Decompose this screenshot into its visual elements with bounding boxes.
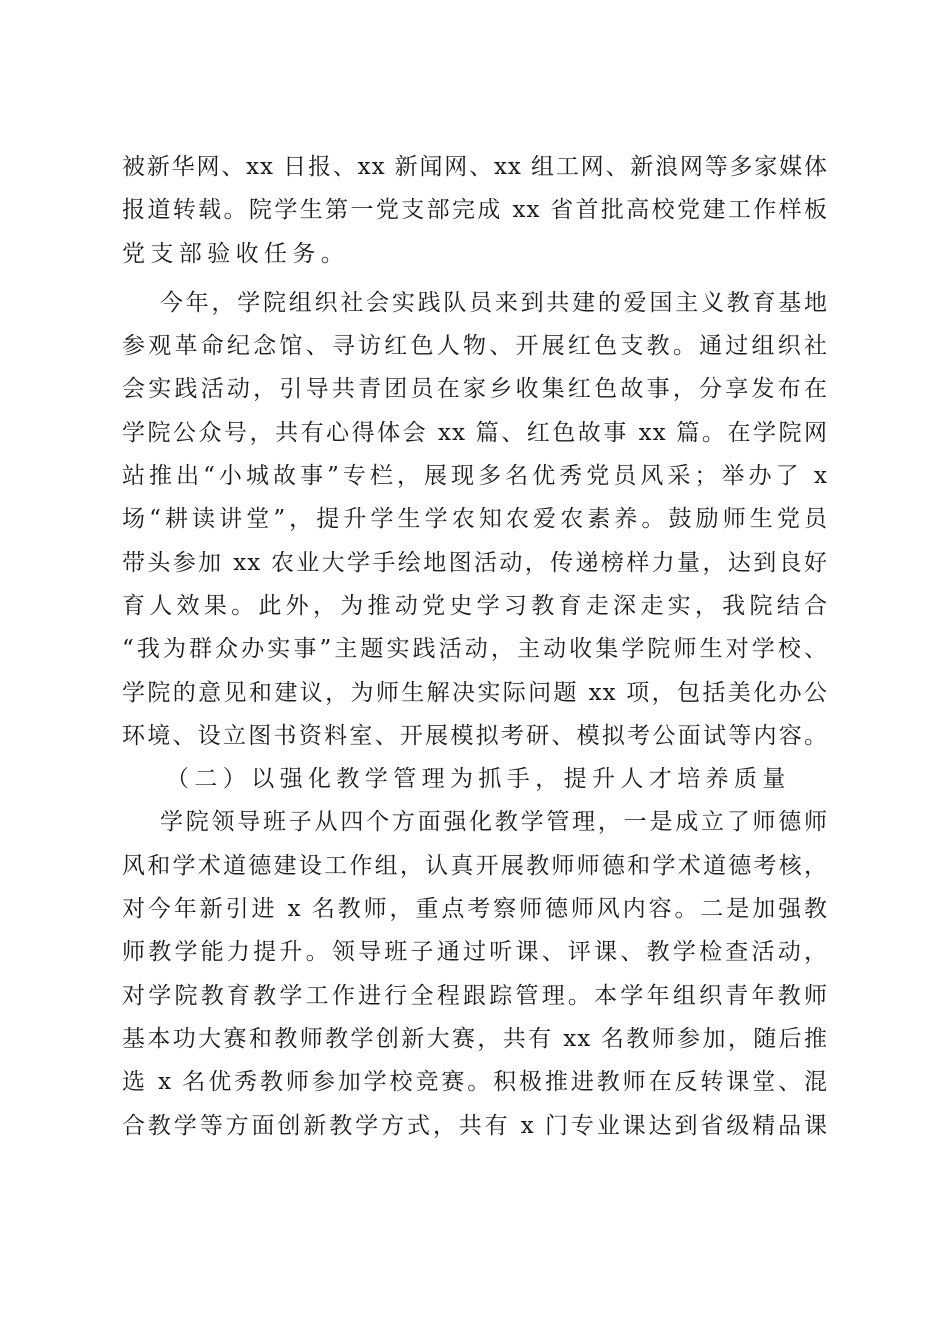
- text-line: 环境、设立图书资料室、开展模拟考研、模拟考公面试等内容。: [122, 715, 828, 758]
- text-line: 师教学能力提升。领导班子通过听课、评课、教学检查活动，: [122, 931, 828, 974]
- text-line: 合教学等方面创新教学方式，共有 x 门专业课达到省级精品课: [122, 1105, 828, 1148]
- text-line: 育人效果。此外，为推动党史学习教育走深走实，我院结合: [122, 585, 828, 628]
- text-line: 被新华网、xx 日报、xx 新闻网、xx 组工网、新浪网等多家媒体: [122, 146, 828, 189]
- text-line: “我为群众办实事”主题实践活动，主动收集学院师生对学校、: [122, 628, 828, 671]
- paragraph-teaching-management: 学院领导班子从四个方面强化教学管理，一是成立了师德师 风和学术道德建设工作组，认…: [122, 801, 828, 1147]
- text-line: 风和学术道德建设工作组，认真开展教师师德和学术道德考核，: [122, 845, 828, 888]
- text-line: 带头参加 xx 农业大学手绘地图活动，传递榜样力量，达到良好: [122, 542, 828, 585]
- text-line: 对今年新引进 x 名教师，重点考察师德师风内容。二是加强教: [122, 888, 828, 931]
- text-line: 党支部验收任务。: [122, 233, 828, 276]
- text-line: 学院的意见和建议，为师生解决实际问题 xx 项，包括美化办公: [122, 672, 828, 715]
- paragraph-social-practice: 今年，学院组织社会实践队员来到共建的爱国主义教育基地 参观革命纪念馆、寻访红色人…: [122, 282, 828, 758]
- text-line: 学院公众号，共有心得体会 xx 篇、红色故事 xx 篇。在学院网: [122, 412, 828, 455]
- section-heading: （二）以强化教学管理为抓手，提升人才培养质量: [122, 758, 828, 801]
- text-line: 参观革命纪念馆、寻访红色人物、开展红色支教。通过组织社: [122, 325, 828, 368]
- text-line: 场“耕读讲堂”，提升学生学农知农爱农素养。鼓励师生党员: [122, 498, 828, 541]
- text-line: 选 x 名优秀教师参加学校竞赛。积极推进教师在反转课堂、混: [122, 1061, 828, 1104]
- text-line: 今年，学院组织社会实践队员来到共建的爱国主义教育基地: [122, 282, 828, 325]
- text-line: 基本功大赛和教师教学创新大赛，共有 xx 名教师参加，随后推: [122, 1018, 828, 1061]
- text-line: 站推出“小城故事”专栏，展现多名优秀党员风采；举办了 x: [122, 455, 828, 498]
- paragraph-media-coverage: 被新华网、xx 日报、xx 新闻网、xx 组工网、新浪网等多家媒体 报道转载。院…: [122, 146, 828, 276]
- text-line: 学院领导班子从四个方面强化教学管理，一是成立了师德师: [122, 801, 828, 844]
- text-line: 对学院教育教学工作进行全程跟踪管理。本学年组织青年教师: [122, 975, 828, 1018]
- text-line: 会实践活动，引导共青团员在家乡收集红色故事，分享发布在: [122, 368, 828, 411]
- document-page: 被新华网、xx 日报、xx 新闻网、xx 组工网、新浪网等多家媒体 报道转载。院…: [122, 146, 828, 1148]
- text-line: 报道转载。院学生第一党支部完成 xx 省首批高校党建工作样板: [122, 189, 828, 232]
